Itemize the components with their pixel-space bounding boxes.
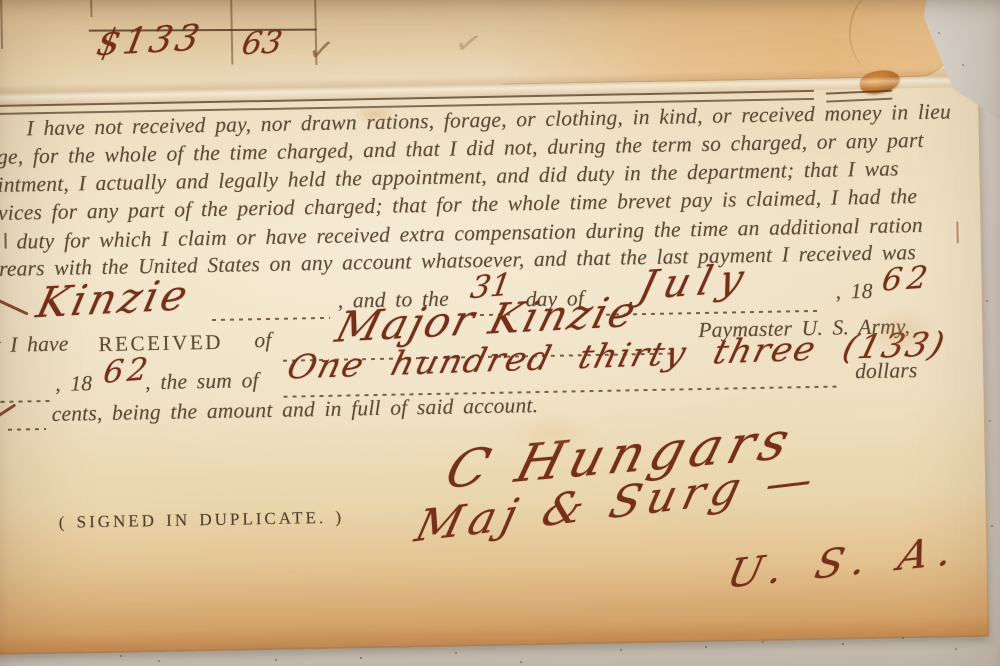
printed-comma-18-b: , 18 — [55, 371, 93, 397]
cut-letter-stub — [4, 233, 6, 249]
year-scrawl: 62 — [880, 259, 935, 299]
printed-the-sum-of: , the sum of — [145, 368, 259, 395]
signed-in-duplicate-label: ( SIGNED IN DUPLICATE. ) — [59, 508, 345, 533]
dotted-leader — [8, 428, 46, 431]
document-sheet: $133 63 ✓ ✓ I have not received pay, nor… — [0, 0, 989, 655]
signature-usa-scrawl: U. S. A. — [723, 527, 967, 597]
printed-received-lead: t I have — [0, 332, 69, 358]
red-edge-mark — [956, 221, 958, 243]
printed-of-word: of — [254, 328, 272, 353]
dotted-leader — [606, 310, 820, 316]
table-surface-speckles — [0, 0, 2, 2]
ledger-amount-dollars: $133 — [93, 17, 205, 64]
dotted-leader — [212, 317, 330, 321]
check-tick-mark: ✓ — [306, 29, 337, 70]
ledger-column-line — [90, 0, 92, 17]
printed-comma-18: , 18 — [835, 279, 873, 305]
ledger-column-line — [0, 0, 3, 49]
cut-handwriting-stroke — [0, 403, 16, 421]
dotted-leader — [0, 400, 50, 403]
photo-of-pay-voucher: $133 63 ✓ ✓ I have not received pay, nor… — [0, 0, 1000, 666]
printed-dollars-word: dollars — [855, 358, 918, 384]
printed-cents-line: cents, being the amount and in full of s… — [52, 393, 539, 427]
ledger-amount-cents: 63 — [239, 24, 284, 62]
payee-name-scrawl: Kinzie — [32, 270, 195, 327]
signature-flourish-stroke — [0, 297, 29, 316]
month-scrawl: July — [634, 255, 756, 309]
ledger-column-line — [230, 0, 233, 65]
check-tick-mark: ✓ — [451, 22, 486, 65]
